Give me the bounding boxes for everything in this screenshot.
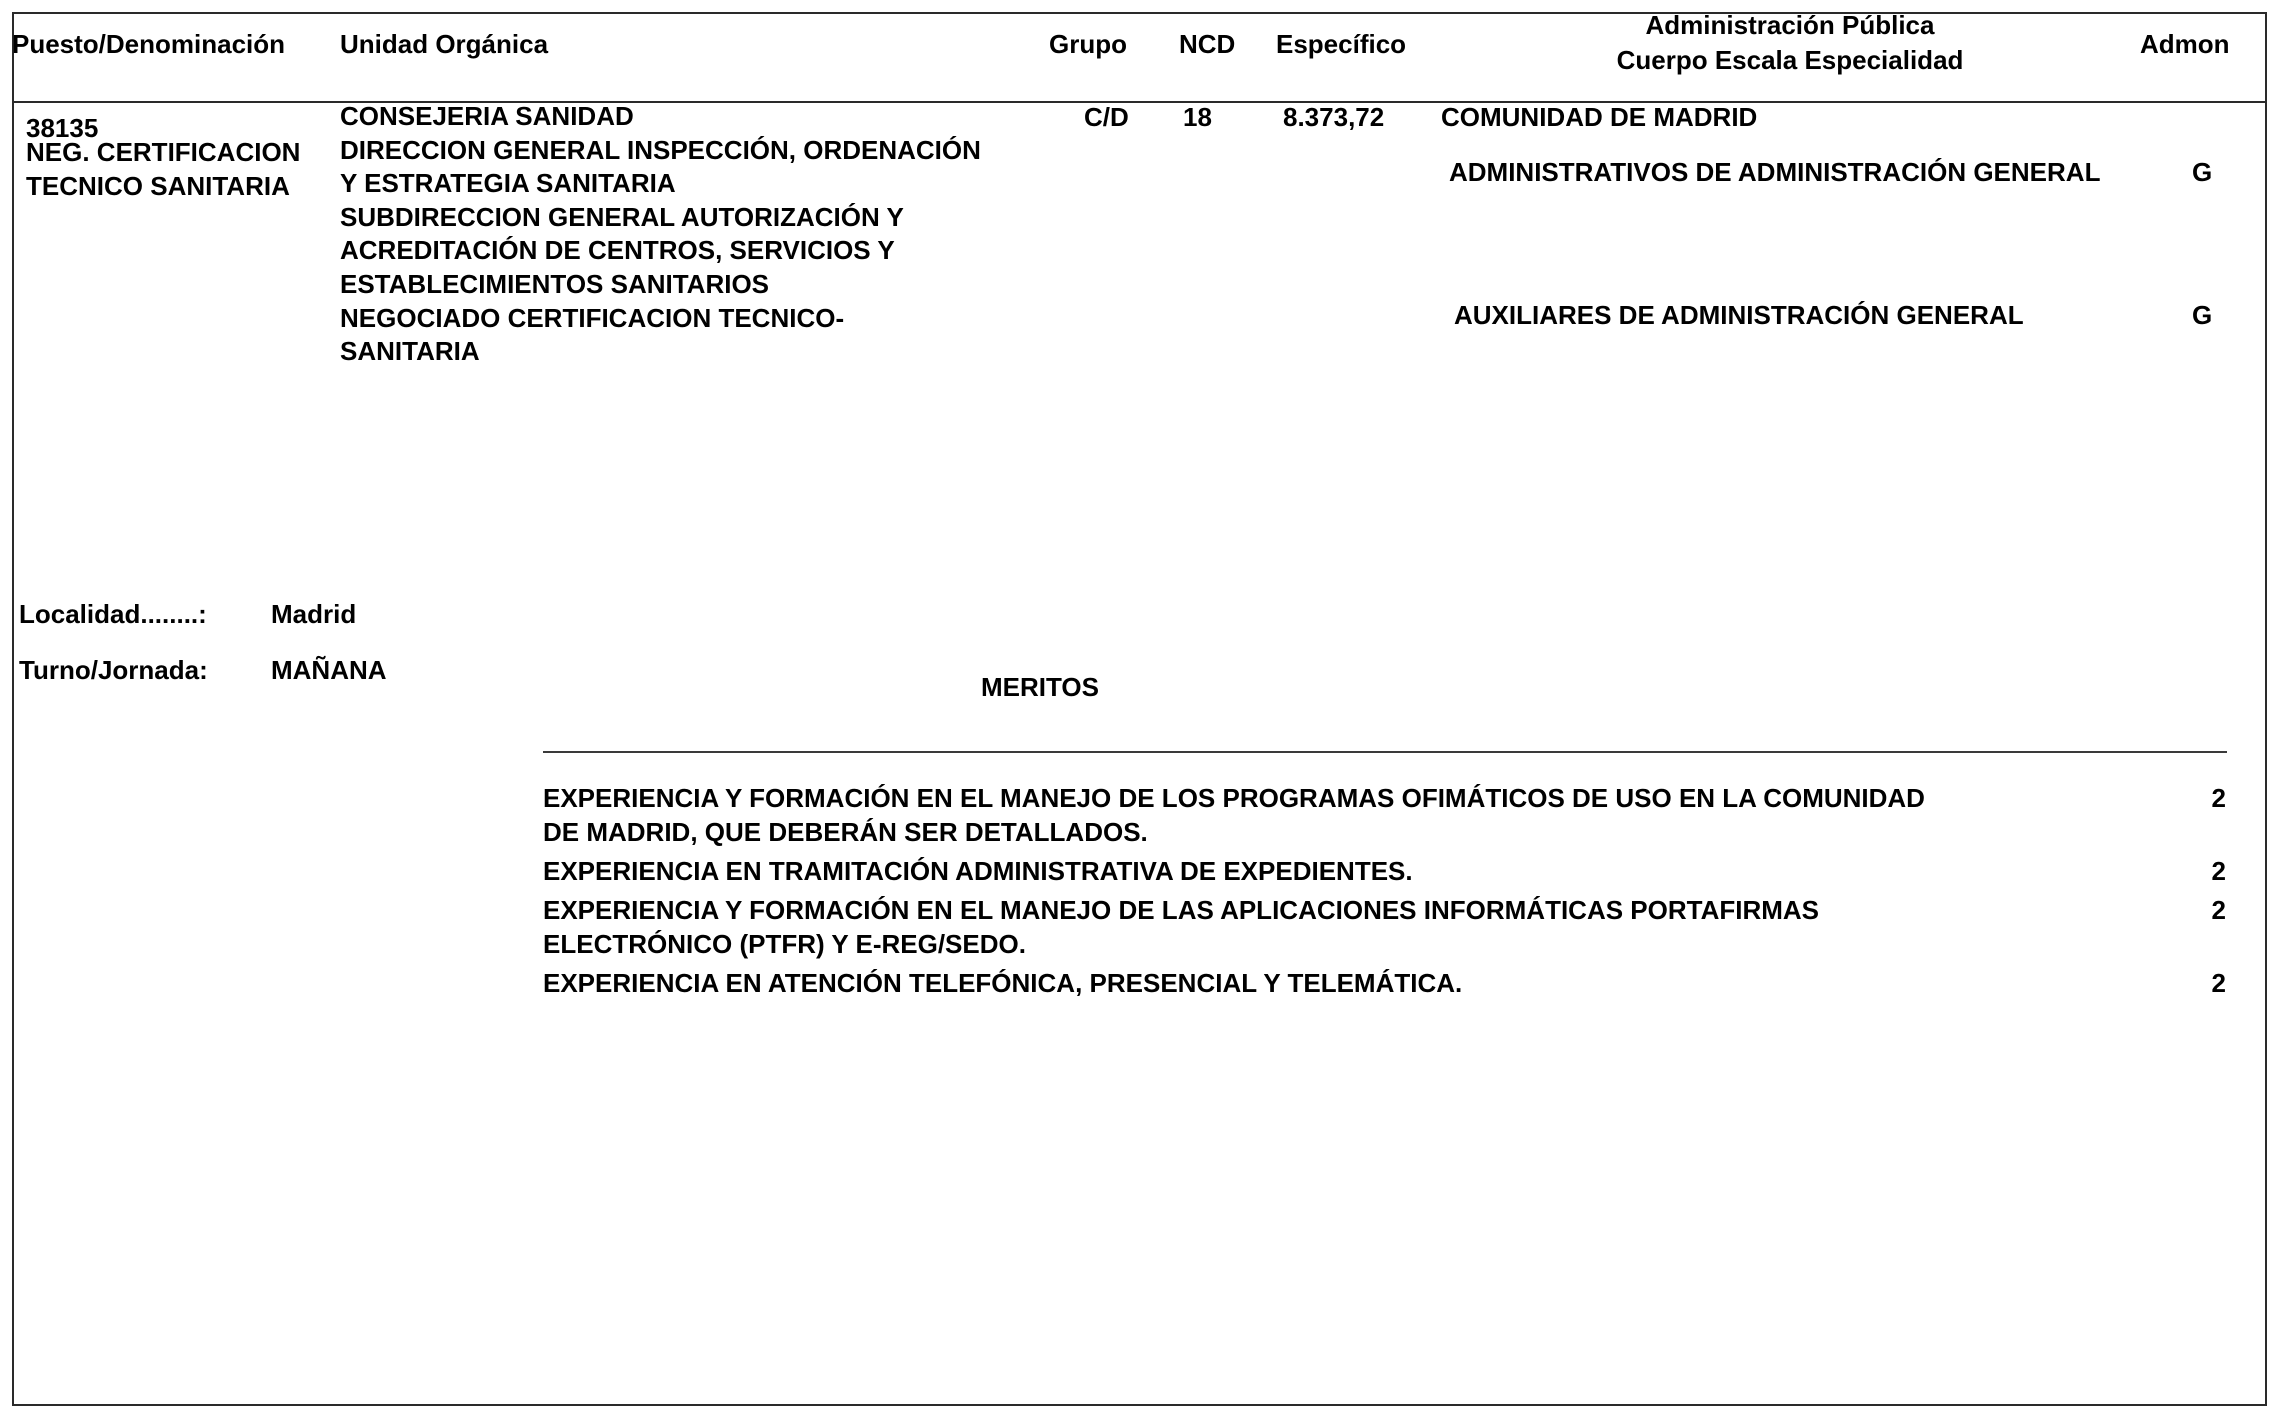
merito-puntos: 2 [2196,894,2226,928]
merito-item: EXPERIENCIA Y FORMACIÓN EN EL MANEJO DE … [543,894,2103,961]
meritos-title: MERITOS [981,670,1099,704]
cuerpo-1-admon: G [2192,155,2212,189]
unidad-organica: CONSEJERIA SANIDAD DIRECCION GENERAL INS… [340,100,981,369]
merito-puntos: 2 [2196,782,2226,816]
unidad-line: DIRECCION GENERAL INSPECCIÓN, ORDENACIÓN [340,134,981,168]
merito-line: EXPERIENCIA EN ATENCIÓN TELEFÓNICA, PRES… [543,967,2103,1001]
header-especifico: Específico [1276,27,1406,61]
cuerpo-2: AUXILIARES DE ADMINISTRACIÓN GENERAL [1454,298,2024,332]
merito-line: ELECTRÓNICO (PTFR) Y E-REG/SEDO. [543,928,2103,962]
header-puesto: Puesto/Denominación [12,27,285,61]
meritos-divider [543,751,2227,753]
turno-value: MAÑANA [271,653,387,687]
merito-line: EXPERIENCIA EN TRAMITACIÓN ADMINISTRATIV… [543,855,2103,889]
unidad-line: NEGOCIADO CERTIFICACION TECNICO- [340,302,981,336]
denominacion-line: TECNICO SANITARIA [26,170,300,204]
merito-line: DE MADRID, QUE DEBERÁN SER DETALLADOS. [543,816,2103,850]
header-grupo: Grupo [1049,27,1127,61]
header-admon: Admon [2140,27,2230,61]
merito-line: EXPERIENCIA Y FORMACIÓN EN EL MANEJO DE … [543,782,2103,816]
merito-item: EXPERIENCIA EN TRAMITACIÓN ADMINISTRATIV… [543,855,2103,889]
administracion-value: COMUNIDAD DE MADRID [1441,100,1757,134]
unidad-line: ACREDITACIÓN DE CENTROS, SERVICIOS Y [340,234,981,268]
cuerpo-1: ADMINISTRATIVOS DE ADMINISTRACIÓN GENERA… [1449,155,2100,189]
header-cuerpo-escala: Cuerpo Escala Especialidad [1530,43,2050,77]
grupo-value: C/D [1084,100,1129,134]
merito-puntos: 2 [2196,967,2226,1001]
unidad-line: Y ESTRATEGIA SANITARIA [340,167,981,201]
ncd-value: 18 [1183,100,1212,134]
puesto-denominacion: NEG. CERTIFICACION TECNICO SANITARIA [26,136,300,203]
header-admin-publica: Administración Pública [1530,8,2050,42]
turno-label: Turno/Jornada: [19,653,208,687]
unidad-line: SANITARIA [340,335,981,369]
merito-puntos: 2 [2196,855,2226,889]
merito-item: EXPERIENCIA EN ATENCIÓN TELEFÓNICA, PRES… [543,967,2103,1001]
localidad-value: Madrid [271,597,356,631]
unidad-line: ESTABLECIMIENTOS SANITARIOS [340,268,981,302]
cuerpo-2-admon: G [2192,298,2212,332]
unidad-line: SUBDIRECCION GENERAL AUTORIZACIÓN Y [340,201,981,235]
localidad-label: Localidad........: [19,597,207,631]
merito-item: EXPERIENCIA Y FORMACIÓN EN EL MANEJO DE … [543,782,2103,849]
header-ncd: NCD [1179,27,1235,61]
merito-line: EXPERIENCIA Y FORMACIÓN EN EL MANEJO DE … [543,894,2103,928]
header-unidad: Unidad Orgánica [340,27,548,61]
especifico-value: 8.373,72 [1283,100,1384,134]
denominacion-line: NEG. CERTIFICACION [26,136,300,170]
unidad-line: CONSEJERIA SANIDAD [340,100,981,134]
